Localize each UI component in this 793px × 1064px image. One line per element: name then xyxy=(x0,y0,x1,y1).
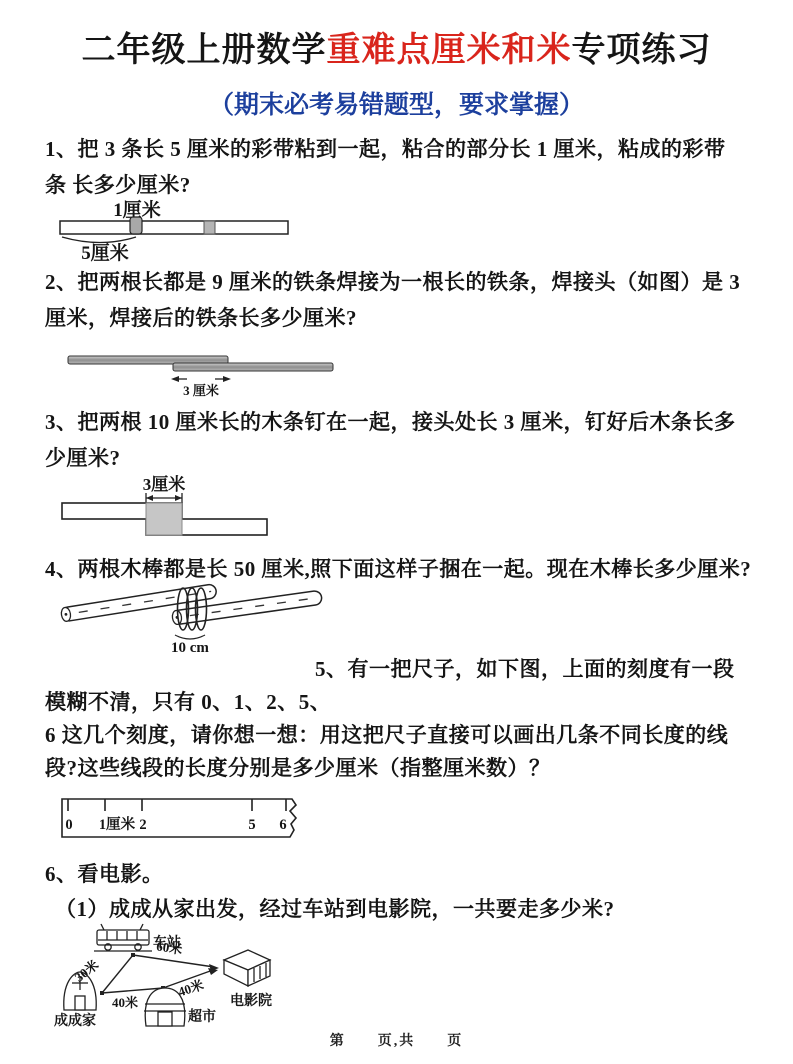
glue-joint-2 xyxy=(204,221,215,234)
worksheet-page: 二年级上册数学重难点厘米和米专项练习 （期末必考易错题型，要求掌握） 1、把 3… xyxy=(0,0,793,1064)
q5-line3: 6 这几个刻度，请你想一想：用这把尺子直接可以画出几条不同长度的线 xyxy=(45,719,728,749)
ruler-tick-2: 2 xyxy=(139,817,146,833)
q1-ribbon-diagram: 1厘米 5厘米 xyxy=(45,196,325,266)
page-subtitle: （期末必考易错题型，要求掌握） xyxy=(0,85,793,121)
arrow-to-cinema-2 xyxy=(208,968,218,975)
q5-line4: 段?这些线段的长度分别是多少厘米（指整厘米数）？ xyxy=(45,752,551,782)
dim-arrow-left xyxy=(171,376,179,382)
q5-line2: 模糊不清，只有 0、1、2、5、 xyxy=(45,686,331,716)
cinema-icon xyxy=(224,950,270,986)
q2-weld-diagram: 3 厘米 xyxy=(45,345,365,400)
q2-line1: 2、把两根长都是 9 厘米的铁条焊接为一根长的铁条，焊接头（如图）是 3 xyxy=(45,266,740,296)
overlap-area xyxy=(146,503,182,535)
label-market: 超市 xyxy=(188,1008,216,1025)
q1-line2: 条 长多少厘米? xyxy=(45,169,191,199)
title-part1: 二年级上册数学 xyxy=(82,32,327,69)
ruler-body xyxy=(62,799,296,837)
ruler-tick-1cm: 1厘米 xyxy=(99,815,136,833)
page-title: 二年级上册数学重难点厘米和米专项练习 xyxy=(0,22,793,71)
q4-sticks-diagram: 10 cm xyxy=(35,578,335,656)
page-footer: 第 页,共 页 xyxy=(0,1030,793,1050)
glue-joint-1 xyxy=(130,217,142,234)
dim-arrow-right xyxy=(223,376,231,382)
q5-line1: 5、有一把尺子，如下图，上面的刻度有一段 xyxy=(315,653,735,683)
brace-10cm xyxy=(175,635,205,639)
edge-label-60m: 60米 xyxy=(155,938,183,956)
dim-arrow-left xyxy=(146,495,153,501)
node-home xyxy=(100,991,104,995)
edge-label-40m-b: 40米 xyxy=(176,977,205,999)
iron-bar-bottom xyxy=(173,363,333,371)
q6-line1: 6、看电影。 xyxy=(45,858,164,888)
q3-label-3cm: 3厘米 xyxy=(143,474,186,494)
label-home: 成成家 xyxy=(54,1012,96,1029)
q1-line1: 1、把 3 条长 5 厘米的彩带粘到一起，粘合的部分长 1 厘米，粘成的彩带 xyxy=(45,133,726,163)
ribbon-bar xyxy=(60,221,288,234)
dim-arrow-right xyxy=(175,495,182,501)
q4-label-10cm: 10 cm xyxy=(171,640,209,656)
brace-5cm xyxy=(62,237,136,243)
q3-line1: 3、把两根 10 厘米长的木条钉在一起，接头处长 3 厘米，钉好后木条长多 xyxy=(45,406,736,436)
q2-label-3cm: 3 厘米 xyxy=(183,383,219,398)
bus-station-icon xyxy=(94,924,152,951)
q3-nail-diagram: 3厘米 xyxy=(45,468,365,542)
q1-label-5cm: 5厘米 xyxy=(81,241,129,264)
edge-label-40m-a: 40米 xyxy=(112,995,138,1010)
q6-route-map: 车站 电影院 成成家 超市 30米 60米 40米 40米 xyxy=(50,918,330,1038)
q2-line2: 厘米，焊接后的铁条长多少厘米? xyxy=(45,302,357,332)
title-highlight: 重难点厘米和米 xyxy=(327,32,572,69)
q5-ruler-diagram: 0 1厘米 2 5 6 xyxy=(55,790,305,846)
ruler-tick-5: 5 xyxy=(248,817,255,833)
ruler-tick-6: 6 xyxy=(279,817,286,833)
ruler-tick-0: 0 xyxy=(65,817,72,833)
title-part2: 专项练习 xyxy=(572,32,712,69)
node-station xyxy=(131,953,135,957)
label-cinema: 电影院 xyxy=(230,992,272,1009)
